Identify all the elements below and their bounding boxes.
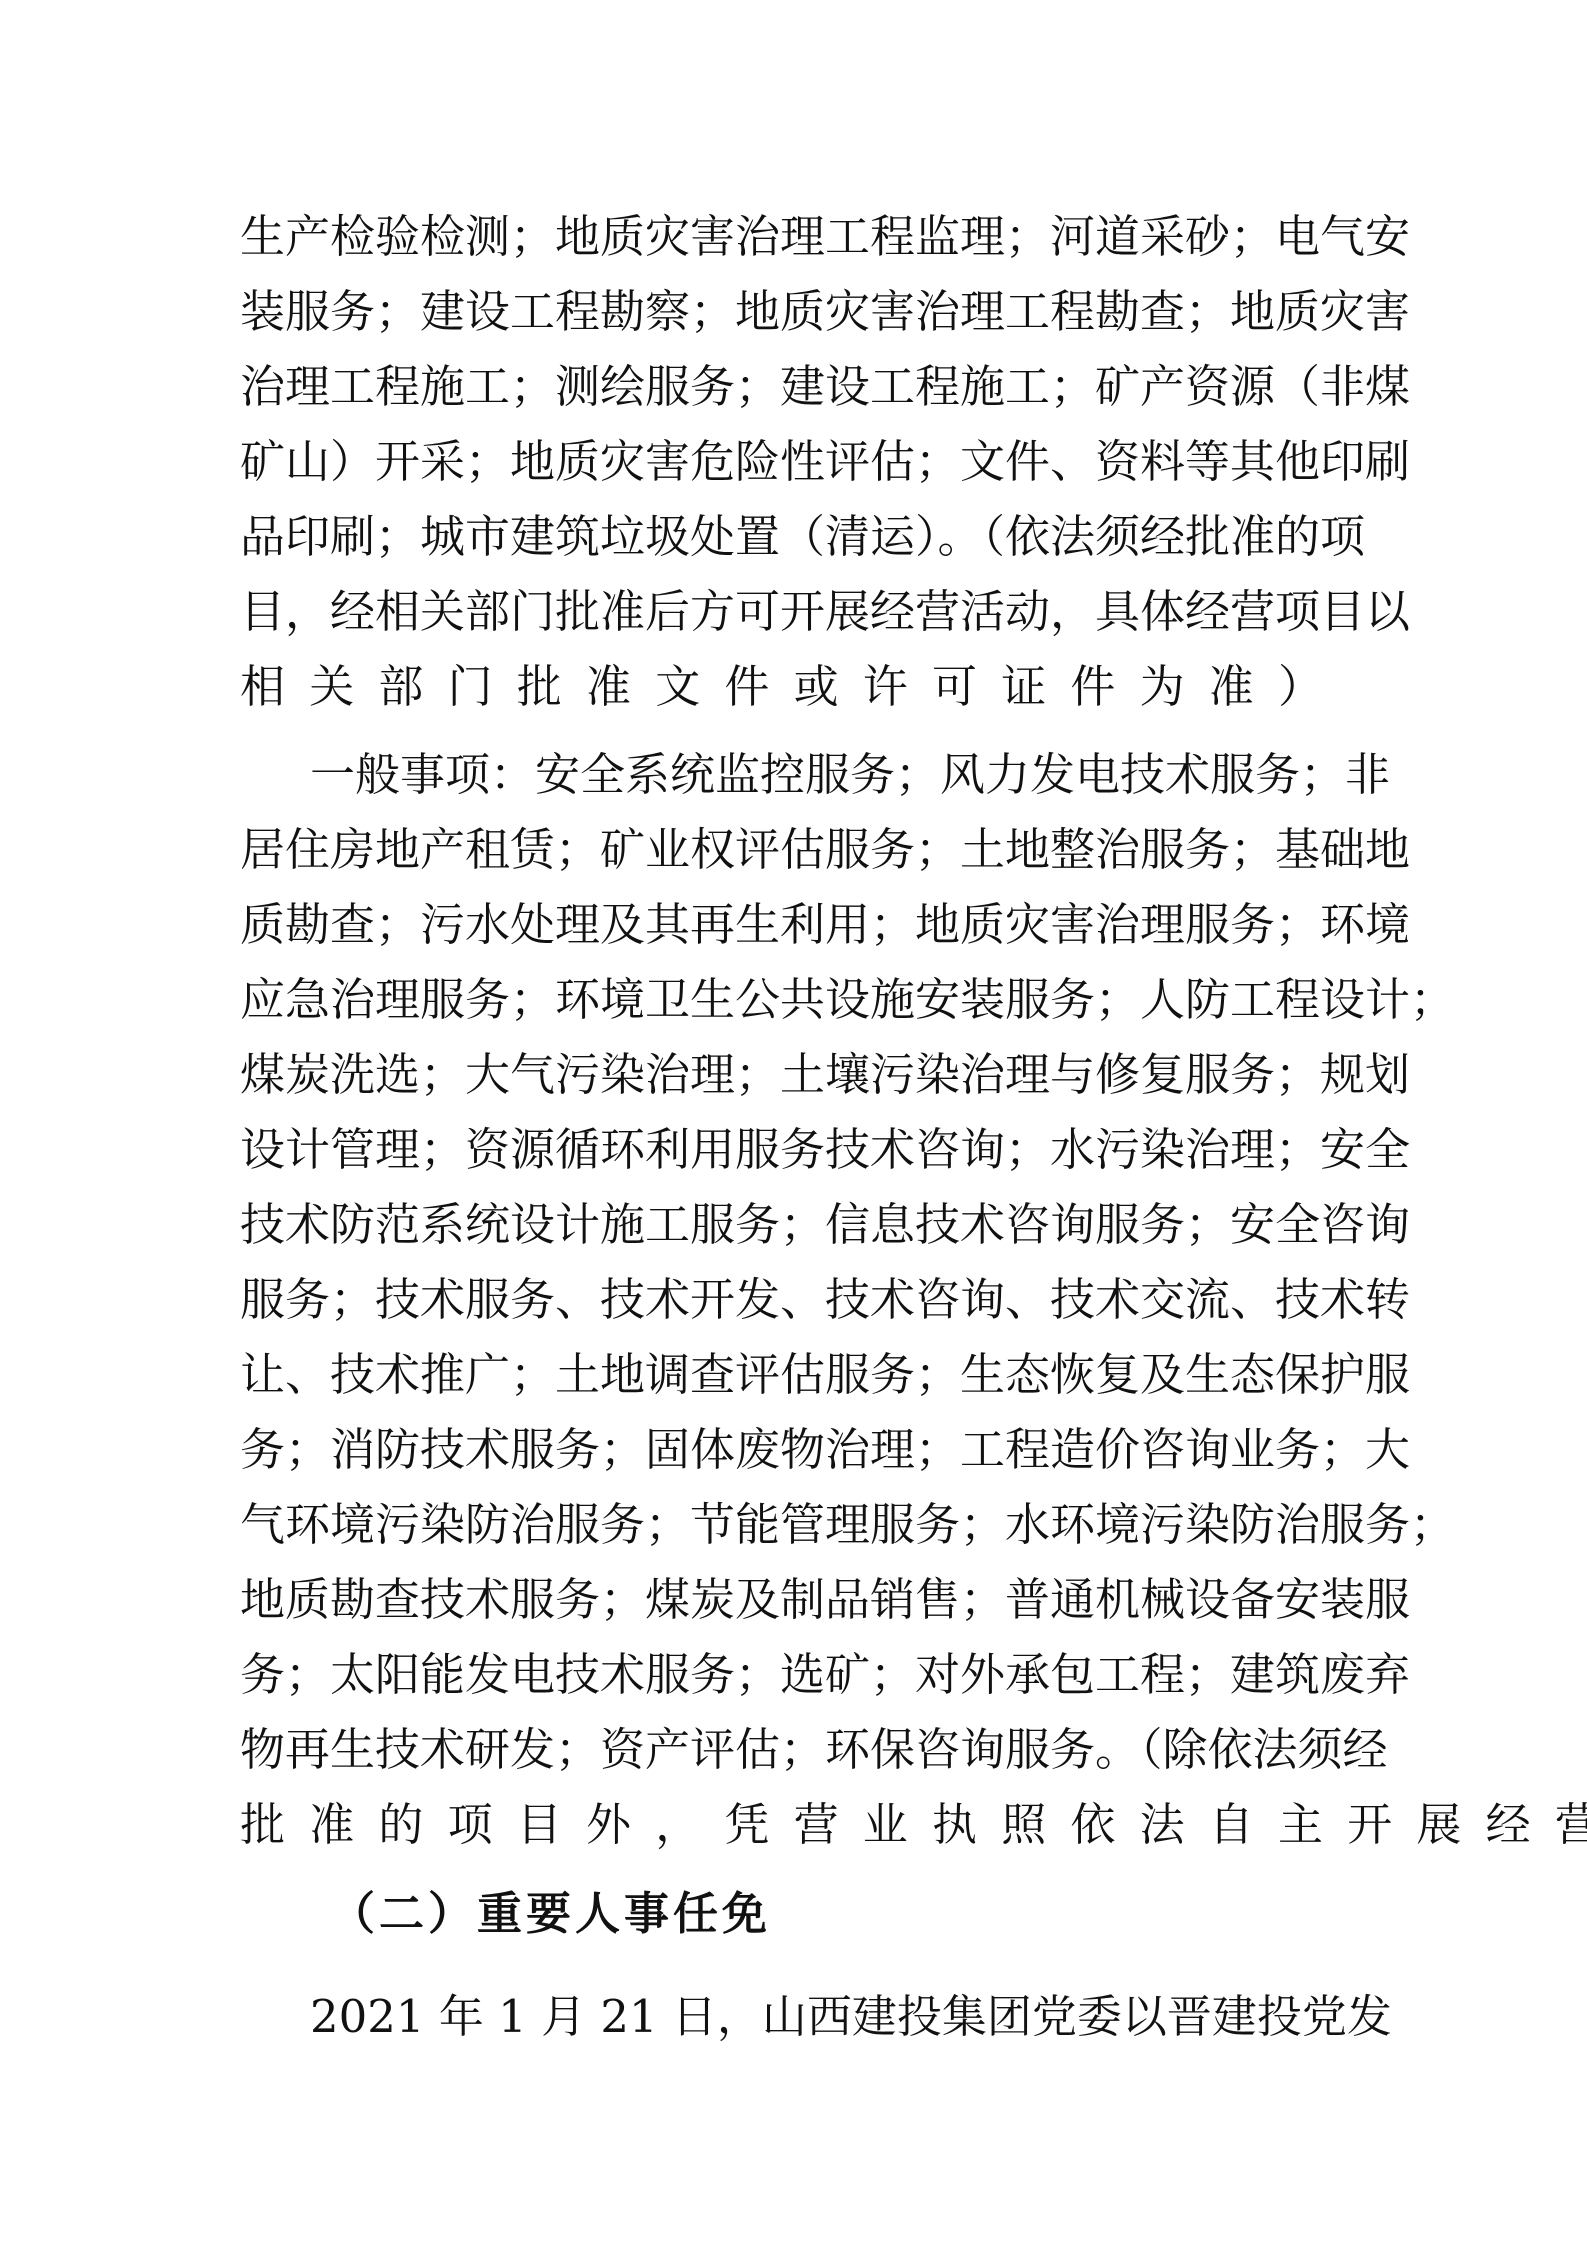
text-line: 气环境污染防治服务；节能管理服务；水环境污染防治服务； bbox=[240, 1495, 1360, 1555]
text-line: 一般事项：安全系统监控服务；风力发电技术服务；非 bbox=[310, 745, 1360, 805]
text-line: 矿山）开采；地质灾害危险性评估；文件、资料等其他印刷 bbox=[240, 432, 1360, 492]
text-line: 相关部门批准文件或许可证件为准） bbox=[240, 657, 1360, 717]
text-line: 物再生技术研发；资产评估；环保咨询服务。（除依法须经 bbox=[240, 1720, 1360, 1780]
text-line: 务；太阳能发电技术服务；选矿；对外承包工程；建筑废弃 bbox=[240, 1645, 1360, 1705]
text-line: 让、技术推广；土地调查评估服务；生态恢复及生态保护服 bbox=[240, 1345, 1360, 1405]
document-page: 生产检验检测；地质灾害治理工程监理；河道采砂；电气安 装服务；建设工程勘察；地质… bbox=[0, 0, 1587, 2245]
text-line: 地质勘查技术服务；煤炭及制品销售；普通机械设备安装服 bbox=[240, 1570, 1360, 1630]
text-line: 应急治理服务；环境卫生公共设施安装服务；人防工程设计； bbox=[240, 970, 1360, 1030]
text-line: 煤炭洗选；大气污染治理；土壤污染治理与修复服务；规划 bbox=[240, 1045, 1360, 1105]
text-line: 生产检验检测；地质灾害治理工程监理；河道采砂；电气安 bbox=[240, 207, 1360, 267]
text-line: 装服务；建设工程勘察；地质灾害治理工程勘查；地质灾害 bbox=[240, 282, 1360, 342]
text-line: 治理工程施工；测绘服务；建设工程施工；矿产资源（非煤 bbox=[240, 357, 1360, 417]
text-line: 技术防范系统设计施工服务；信息技术咨询服务；安全咨询 bbox=[240, 1195, 1360, 1255]
text-line: 质勘查；污水处理及其再生利用；地质灾害治理服务；环境 bbox=[240, 895, 1360, 955]
text-line: 批准的项目外，凭营业执照依法自主开展经营活动） bbox=[240, 1795, 1360, 1855]
text-line: 目，经相关部门批准后方可开展经营活动，具体经营项目以 bbox=[240, 582, 1360, 642]
text-line: 居住房地产租赁；矿业权评估服务；土地整治服务；基础地 bbox=[240, 820, 1360, 880]
section-heading: （二）重要人事任免 bbox=[330, 1884, 771, 1944]
text-line: 设计管理；资源循环利用服务技术咨询；水污染治理；安全 bbox=[240, 1120, 1360, 1180]
text-line: 品印刷；城市建筑垃圾处置（清运）。（依法须经批准的项 bbox=[240, 507, 1360, 567]
text-line: 服务；技术服务、技术开发、技术咨询、技术交流、技术转 bbox=[240, 1270, 1360, 1330]
text-line: 务；消防技术服务；固体废物治理；工程造价咨询业务；大 bbox=[240, 1420, 1360, 1480]
text-line: 2021 年 1 月 21 日，山西建投集团党委以晋建投党发 bbox=[310, 1987, 1360, 2047]
